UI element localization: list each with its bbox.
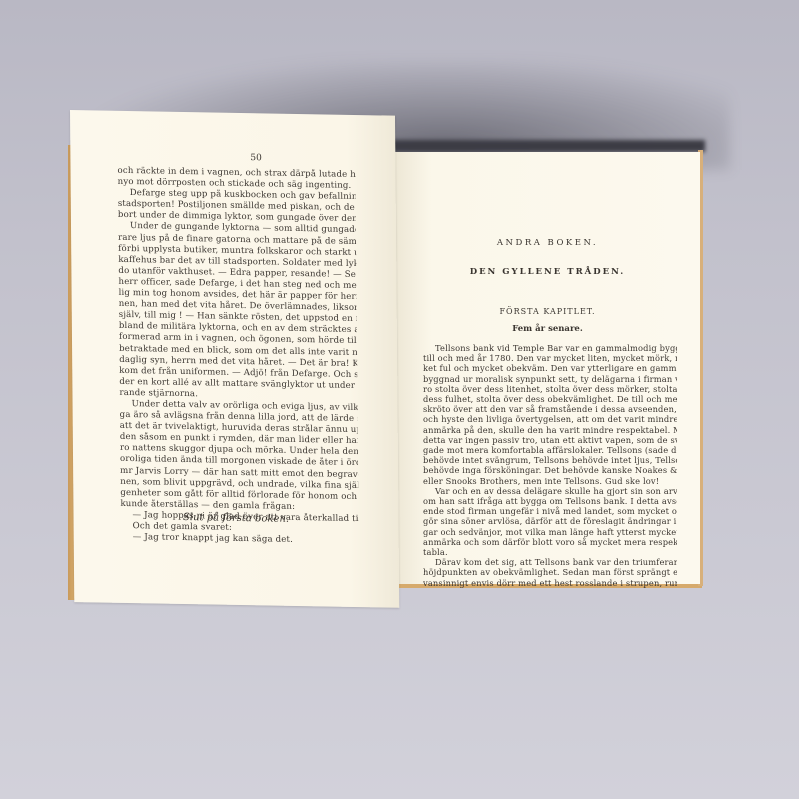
- text-line: behövde intet svängrum, Tellsons behövde…: [423, 455, 677, 465]
- text-line: till och med år 1780. Den var mycket lit…: [423, 353, 677, 363]
- text-line: tabla.: [423, 547, 677, 557]
- left-page-body: och räckte in dem i vagnen, och strax dä…: [117, 166, 358, 547]
- right-page[interactable]: ANDRA BOKEN. DEN GYLLENE TRÅDEN. FÖRSTA …: [395, 152, 700, 584]
- chapter-title: Fem år senare.: [395, 324, 700, 334]
- text-line: Därav kom det sig, att Tellsons bank var…: [423, 557, 677, 567]
- text-line: gade mot mera komfortabla affärslokaler.…: [423, 445, 677, 455]
- text-line: gar och sedvänjor, mot vilka man länge h…: [423, 527, 677, 537]
- text-line: höjdpunkten av obekvämlighet. Sedan man …: [423, 567, 677, 577]
- text-line: om han satt ifråga att bygga om Tellsons…: [423, 496, 677, 506]
- text-line: behövde inga förskönin­gar. Det behövde …: [423, 465, 677, 475]
- text-line: ket ful och mycket obekväm. Den var ytte…: [423, 363, 677, 373]
- text-line: och hyste den livliga övertygelsen, att …: [423, 414, 677, 424]
- text-line: ro stolta över dess litenhet, stolta öve…: [423, 384, 677, 394]
- page-number: 50: [250, 153, 262, 163]
- text-line: detta var ingen passiv tro, utan ett akt…: [423, 435, 677, 445]
- text-line: gör sina söner arvlösa, därför att de fö…: [423, 516, 677, 526]
- text-line: eller Snooks Brothers, men inte Tellsons…: [423, 476, 677, 486]
- book-heading: ANDRA BOKEN.: [395, 238, 700, 248]
- right-page-body: Tellsons bank vid Temple Bar var en gamm…: [423, 343, 677, 588]
- text-line: vansinnigt envis dörr med ett hest rossl…: [423, 578, 677, 588]
- text-line: Var och en av dessa delägare skulle ha g…: [423, 486, 677, 496]
- book-cover-back: [385, 140, 705, 152]
- text-line: dess fulhet, stolta över dess obekvämlig…: [423, 394, 677, 404]
- text-line: Tellsons bank vid Temple Bar var en gamm…: [423, 343, 677, 353]
- left-page[interactable]: 50 och räckte in dem i vagnen, och strax…: [70, 110, 399, 608]
- text-line: anmärka på den, skulle den ha varit mind…: [423, 425, 677, 435]
- text-line: byggnad ur moralisk synpunkt sett, ty de…: [423, 374, 677, 384]
- chapter-heading: FÖRSTA KAPITLET.: [395, 307, 700, 316]
- text-line: anmärka och som därför blott voro så myc…: [423, 537, 677, 547]
- text-line: ende stod firman ungefär i nivå med land…: [423, 506, 677, 516]
- book-title: DEN GYLLENE TRÅDEN.: [395, 267, 700, 277]
- text-line: skröto över att den var så framstående i…: [423, 404, 677, 414]
